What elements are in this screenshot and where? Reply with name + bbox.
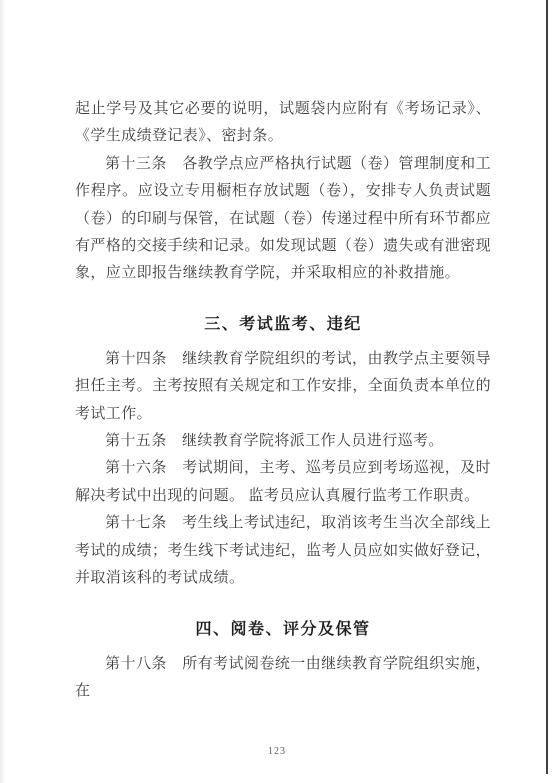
section-heading-3: 三、考试监考、违纪	[75, 313, 491, 337]
document-page: 起止学号及其它必要的说明，试题袋内应附有《考场记录》、《学生成绩登记表》、密封条…	[0, 0, 554, 783]
body-paragraph-continuation: 起止学号及其它必要的说明，试题袋内应附有《考场记录》、《学生成绩登记表》、密封条…	[75, 96, 491, 151]
page-number: 123	[0, 746, 554, 757]
section-heading-4: 四、阅卷、评分及保管	[75, 618, 491, 642]
scan-artifact-line	[546, 0, 548, 774]
body-paragraph-article-16: 第十六条 考试期间，主考、巡考员应到考场巡视，及时解决考试中出现的问题。 监考员…	[75, 455, 491, 510]
body-paragraph-article-17: 第十七条 考生线上考试违纪，取消该考生当次全部线上考试的成绩；考生线下考试违纪，…	[75, 510, 491, 592]
left-edge-shadow	[0, 0, 6, 783]
body-paragraph-article-13: 第十三条 各教学点应严格执行试题（卷）管理制度和工作程序。应设立专用橱柜存放试题…	[75, 151, 491, 288]
body-paragraph-article-18: 第十八条 所有考试阅卷统一由继续教育学院组织实施，在	[75, 651, 491, 706]
body-paragraph-article-15: 第十五条 继续教育学院将派工作人员进行巡考。	[75, 428, 491, 455]
body-paragraph-article-14: 第十四条 继续教育学院组织的考试，由教学点主要领导担任主考。主考按照有关规定和工…	[75, 346, 491, 428]
document-content: 起止学号及其它必要的说明，试题袋内应附有《考场记录》、《学生成绩登记表》、密封条…	[75, 96, 491, 705]
